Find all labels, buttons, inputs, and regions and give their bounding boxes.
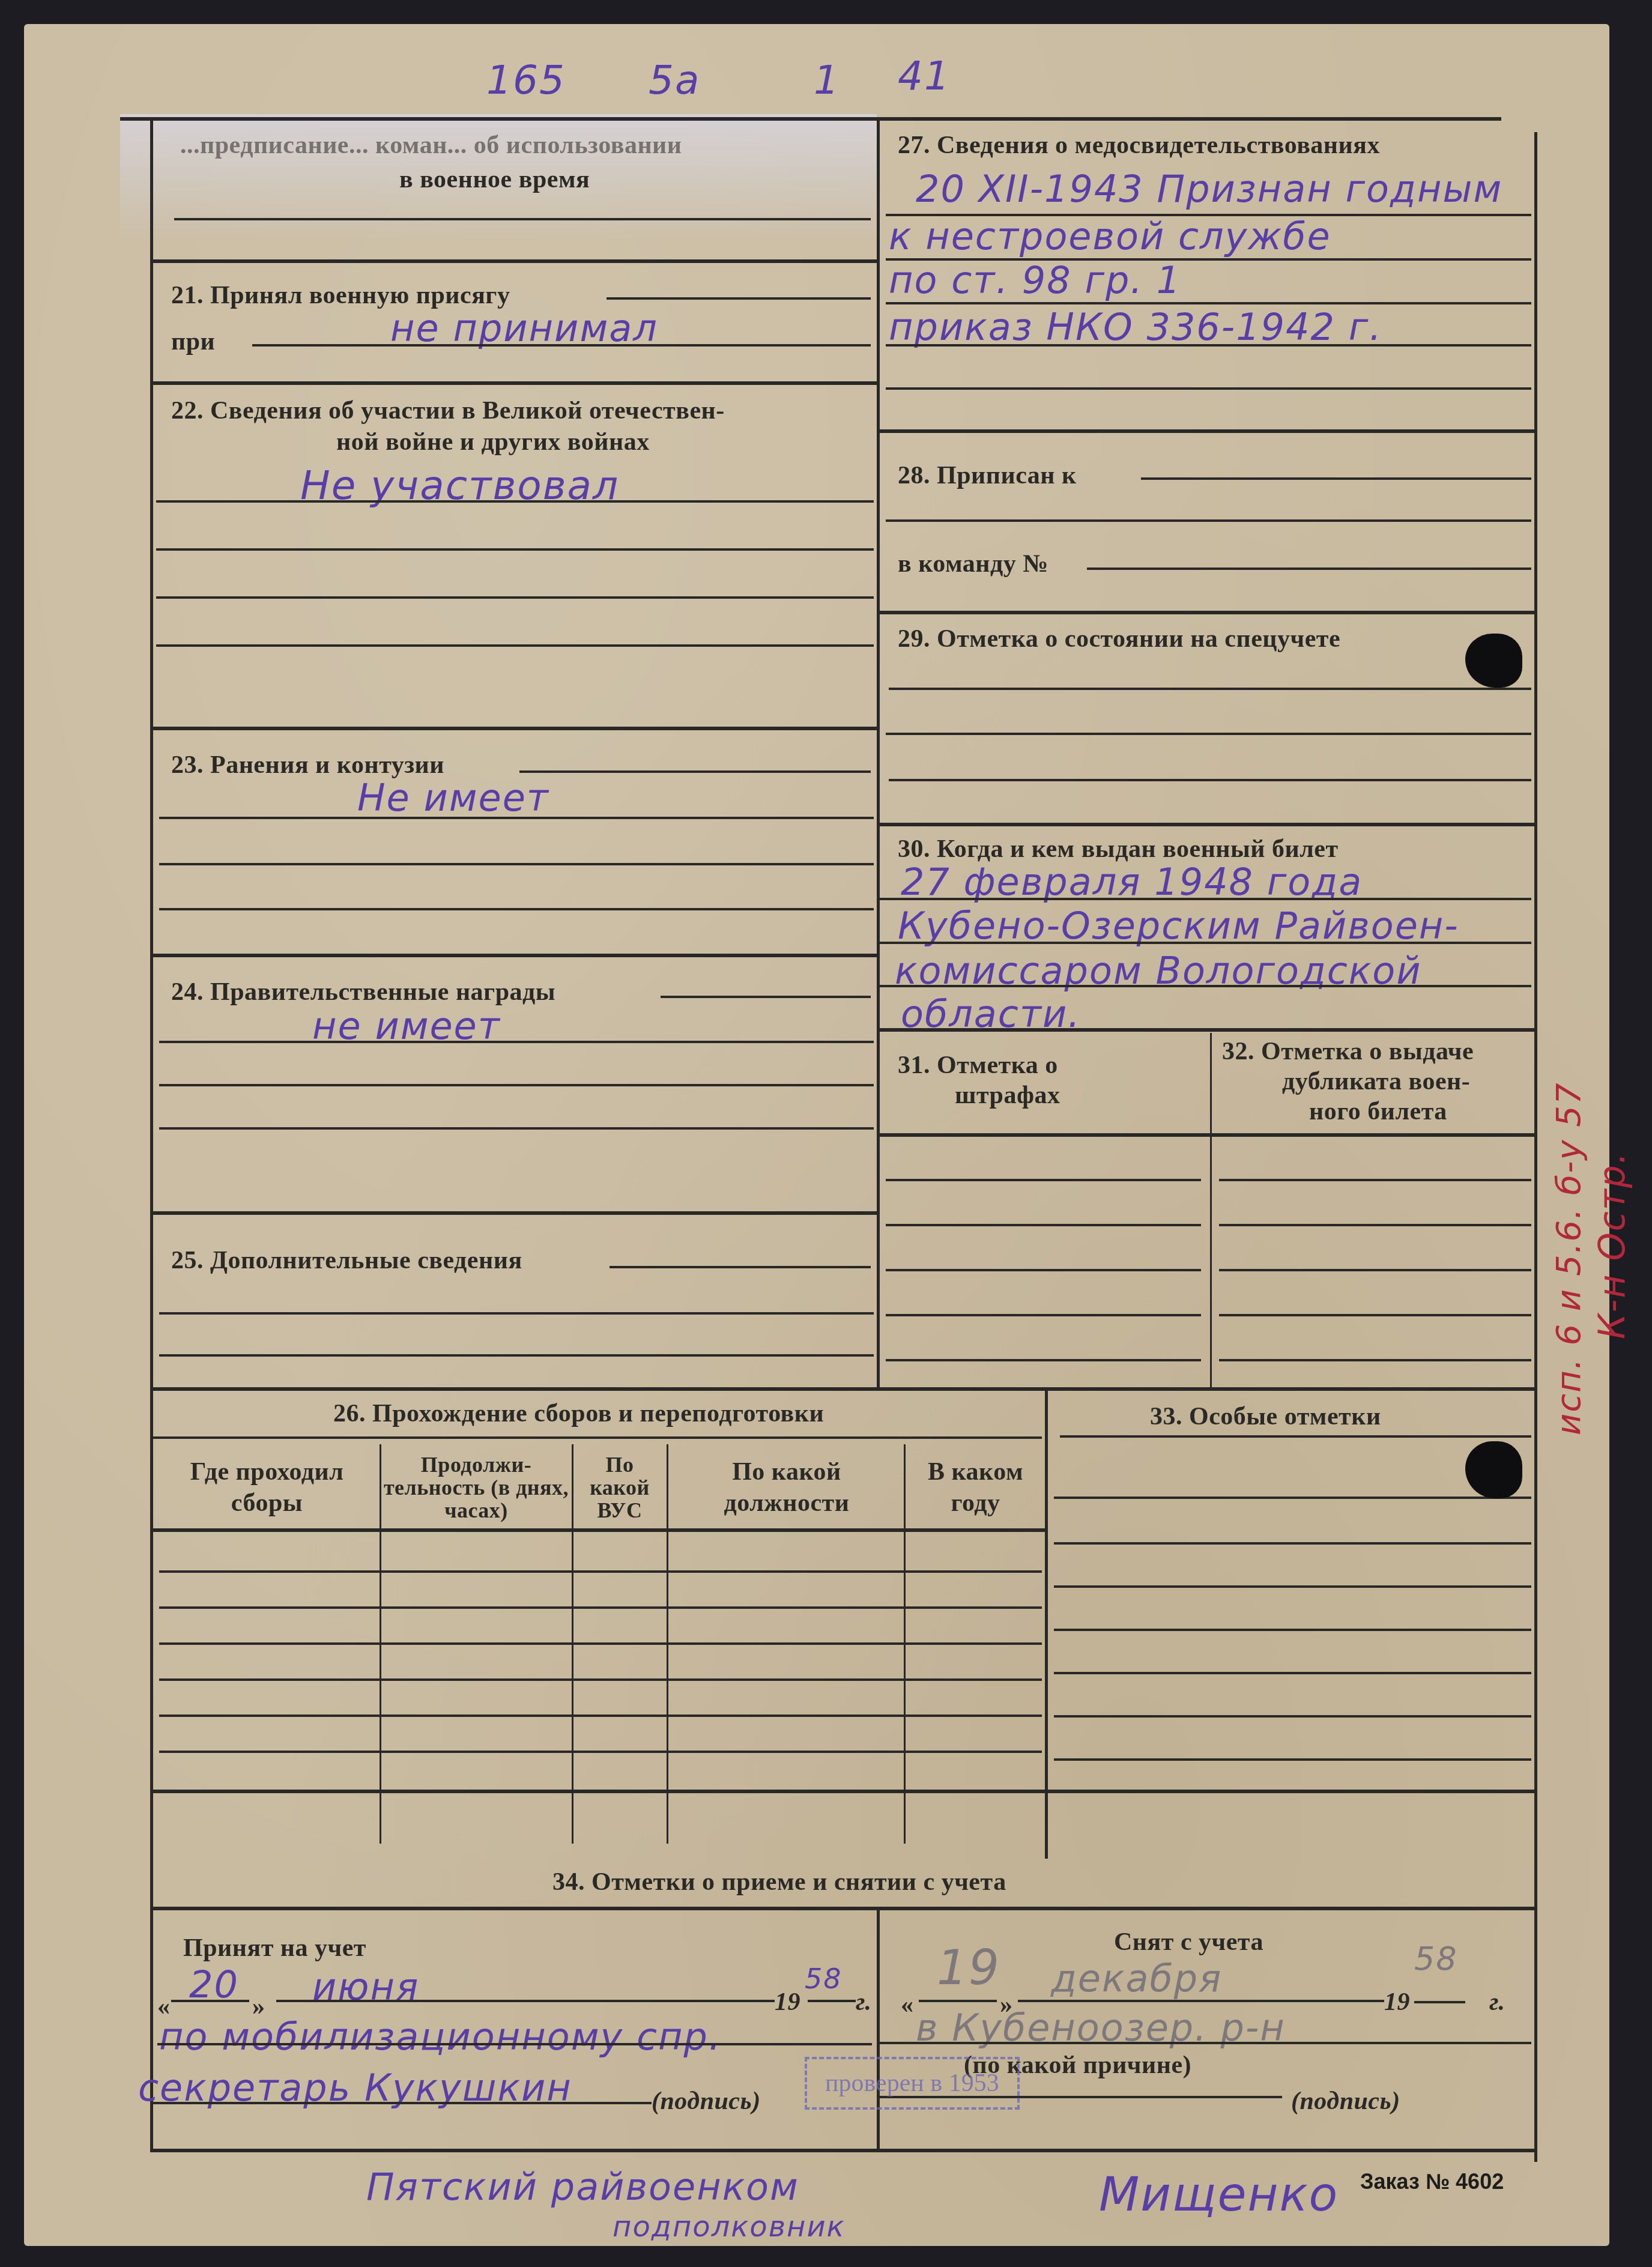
s34-removed-quote-open: «	[901, 1991, 914, 2020]
s23-line-0	[519, 770, 871, 773]
s34-accepted-reason: по мобилизационному спр.	[159, 2015, 722, 2059]
s34-removed-reason-line	[880, 2042, 1531, 2044]
s34-accepted-reason-line	[157, 2043, 872, 2045]
s23-line-1	[159, 817, 874, 819]
s21-label: 21. Принял военную присягу	[171, 281, 510, 310]
s31-label-line2: штрафах	[955, 1081, 1060, 1110]
s28-rule-1	[1141, 477, 1531, 480]
s28-sub-label: в команду №	[898, 549, 1048, 578]
s32-rule-5	[1219, 1359, 1531, 1361]
s22-line-3	[156, 596, 874, 599]
s34-removed-label: Снят с учета	[1114, 1928, 1263, 1957]
print-order-number: Заказ № 4602	[1360, 2169, 1504, 2194]
s31-rule-3	[886, 1269, 1201, 1271]
s22-bottom-rule	[153, 727, 877, 730]
s31-label-line1: 31. Отметка о	[898, 1051, 1058, 1080]
archive-mark-2: 5a	[649, 57, 700, 103]
s27-rule-3	[886, 302, 1531, 304]
s33-rule-5	[1054, 1629, 1531, 1631]
archive-mark-3: 1	[814, 57, 840, 103]
s25-line-2	[159, 1354, 874, 1357]
s34-removed-day-line	[919, 2000, 997, 2002]
s29-rule-2	[886, 733, 1531, 735]
s34-accepted-month-line	[276, 2000, 775, 2002]
s23-line-3	[159, 908, 874, 910]
s34-accepted-day-line	[171, 2000, 249, 2002]
s33-rule-3	[1054, 1542, 1531, 1545]
s22-line-1	[156, 500, 874, 503]
s26-row-rule-5	[159, 1715, 1042, 1717]
s27-line-3: по ст. 98 гр. 1	[889, 258, 1181, 302]
s34-accepted-g: г.	[856, 1988, 871, 2017]
s20-label-line2: в военное время	[399, 165, 590, 194]
s34-accepted-year-line	[808, 2000, 856, 2002]
s33-rule-4	[1054, 1585, 1531, 1588]
s34-removed-month-line	[1018, 2000, 1384, 2002]
s26-title-rule	[153, 1436, 1042, 1439]
s34-removed-day: 19	[937, 1940, 1000, 1996]
s34-title: 34. Отметки о приеме и снятии с учета	[552, 1868, 1006, 1896]
s23-label: 23. Ранения и контузии	[171, 751, 444, 779]
s21-bottom-rule	[153, 381, 877, 385]
s34-accepted-signer-line	[153, 2102, 652, 2104]
s26-row-rule-3	[159, 1642, 1042, 1645]
s34-removed-year-suffix: 58	[1414, 1940, 1458, 1978]
s33-rule-6	[1054, 1672, 1531, 1674]
s29-rule-3	[889, 779, 1531, 781]
margin-note-red-2: К-н Остр.	[1591, 1151, 1633, 1339]
s23-line-2	[159, 863, 874, 865]
s34-title-rule	[153, 1907, 1534, 1910]
s27-rule-5	[886, 387, 1531, 390]
s28-label: 28. Приписан к	[898, 461, 1077, 490]
s26-col-header-position: По какой должности	[673, 1456, 901, 1519]
s29-bottom-rule	[880, 823, 1534, 826]
footer-note-line2: подполковник	[613, 2210, 846, 2244]
s34-accepted-label: Принят на учет	[183, 1934, 366, 1963]
s33-label: 33. Особые отметки	[1150, 1402, 1381, 1431]
s34-removed-year-prefix: 19	[1384, 1988, 1410, 2017]
s26-header-rule	[153, 1528, 1045, 1532]
s21-line-2	[252, 344, 871, 347]
punch-hole-top	[1465, 634, 1522, 688]
center-divider	[877, 120, 880, 1387]
s33-rule-1	[1060, 1435, 1531, 1438]
s20-label-line1: ...предписание... коман... об использова…	[180, 131, 682, 160]
s32-rule-1	[1219, 1179, 1531, 1181]
s32-rule-3	[1219, 1269, 1531, 1271]
s30-rule-1	[880, 898, 1531, 900]
s34-divider	[877, 1910, 880, 2150]
footer-signature: Мищенко	[1099, 2168, 1339, 2222]
s26-col-header-place: Где проходил сборы	[157, 1456, 377, 1519]
s32-label-line1: 32. Отметка о выдаче	[1222, 1037, 1474, 1066]
s20-line	[174, 218, 871, 220]
s34-accepted-year-prefix: 19	[775, 1988, 800, 2017]
s34-removed-month: декабря	[1051, 1957, 1222, 2000]
s32-label-line3: ного билета	[1309, 1097, 1447, 1126]
s34-removed-g: г.	[1489, 1988, 1505, 2017]
frame-right	[1534, 132, 1537, 2162]
s32-rule-4	[1219, 1314, 1531, 1316]
s30-label: 30. Когда и кем выдан военный билет	[898, 835, 1339, 864]
s28-bottom-rule	[880, 611, 1534, 614]
s24-line-3	[159, 1127, 874, 1130]
s22-label-line2: ной войне и других войнах	[336, 428, 650, 456]
s30-rule-3	[880, 985, 1531, 987]
s25-line-0	[610, 1266, 871, 1268]
s29-rule-1	[889, 688, 1531, 690]
s24-line-1	[159, 1041, 874, 1043]
s25-line-1	[159, 1312, 874, 1315]
s32-label-line2: дубликата воен-	[1282, 1067, 1470, 1096]
s34-removed-signature-label: (подпись)	[1291, 2087, 1400, 2116]
s21-prefix: при	[171, 327, 215, 356]
s24-line-0	[661, 996, 871, 998]
frame-top	[120, 117, 1501, 121]
s34-accepted-year-suffix: 58	[805, 1963, 843, 1995]
punch-hole-bottom	[1465, 1441, 1522, 1498]
footer-note-line1: Пятский райвоенком	[366, 2165, 799, 2209]
s26-row-rule-2	[159, 1606, 1042, 1609]
s28-rule-3	[1087, 568, 1531, 570]
s31-rule-2	[886, 1224, 1201, 1226]
s22-line-2	[156, 548, 874, 551]
s26-row-rule-6	[159, 1751, 1042, 1753]
s27-line-4: приказ НКО 336-1942 г.	[889, 305, 1382, 349]
s30-rule-2	[880, 942, 1531, 944]
s29-label: 29. Отметка о состоянии на спецучете	[898, 625, 1340, 653]
s30-bottom-rule	[880, 1028, 1534, 1032]
s26-row-rule-1	[159, 1570, 1042, 1573]
s25-bottom-rule	[153, 1387, 1534, 1391]
s23-bottom-rule	[153, 954, 877, 957]
s24-bottom-rule	[153, 1211, 877, 1215]
frame-bottom	[150, 2149, 1537, 2152]
s26-col-header-duration: Продолжи-тельность (в днях, часах)	[383, 1453, 569, 1522]
s24-line-2	[159, 1084, 874, 1086]
s32-rule-2	[1219, 1224, 1531, 1226]
s31-rule-5	[886, 1359, 1201, 1361]
s27-bottom-rule	[880, 429, 1534, 433]
s26-row-rule-4	[159, 1678, 1042, 1681]
s31-s32-header-rule	[880, 1133, 1534, 1137]
s33-rule-8	[1054, 1758, 1531, 1761]
s34-accepted-signature-label: (подпись)	[652, 2087, 761, 2116]
s33-rule-7	[1054, 1715, 1531, 1718]
verification-stamp: проверен в 1953	[805, 2057, 1020, 2110]
margin-note-red-1: исп. 6 и 5.6. б-у 57	[1549, 1082, 1588, 1435]
s24-label: 24. Правительственные награды	[171, 978, 555, 1006]
s27-label: 27. Сведения о медосвидетельствованиях	[898, 131, 1380, 160]
s26-col-header-year: В каком году	[908, 1456, 1043, 1519]
s25-label: 25. Дополнительные сведения	[171, 1246, 522, 1275]
archive-mark-4: 41	[898, 53, 951, 99]
s34-removed-year-line	[1414, 2001, 1465, 2003]
s27-rule-4	[886, 344, 1531, 347]
s34-accepted-month: июня	[312, 1965, 419, 2009]
s31-rule-4	[886, 1314, 1201, 1316]
s27-line-1: 20 XII-1943 Признан годным	[916, 167, 1502, 211]
s31-s32-divider	[1210, 1033, 1212, 1387]
s33-rule-2	[1054, 1497, 1531, 1499]
s21-line-1	[607, 297, 871, 300]
archive-mark-1: 165	[486, 57, 566, 103]
s31-rule-1	[886, 1179, 1201, 1181]
s26-s33-divider	[1045, 1390, 1048, 1859]
s28-rule-2	[886, 519, 1531, 522]
s22-line-4	[156, 644, 874, 647]
s26-col-header-vus: По какой ВУС	[575, 1453, 664, 1522]
s26-title: 26. Прохождение сборов и переподготовки	[333, 1399, 824, 1428]
s26-bottom-rule	[153, 1790, 1534, 1793]
s23-value: Не имеет	[357, 776, 549, 820]
s22-label-line1: 22. Сведения об участии в Великой отечес…	[171, 396, 725, 425]
s27-line-2: к нестроевой службе	[889, 214, 1331, 258]
s20-bottom-rule	[153, 259, 877, 263]
frame-left	[150, 120, 153, 2150]
